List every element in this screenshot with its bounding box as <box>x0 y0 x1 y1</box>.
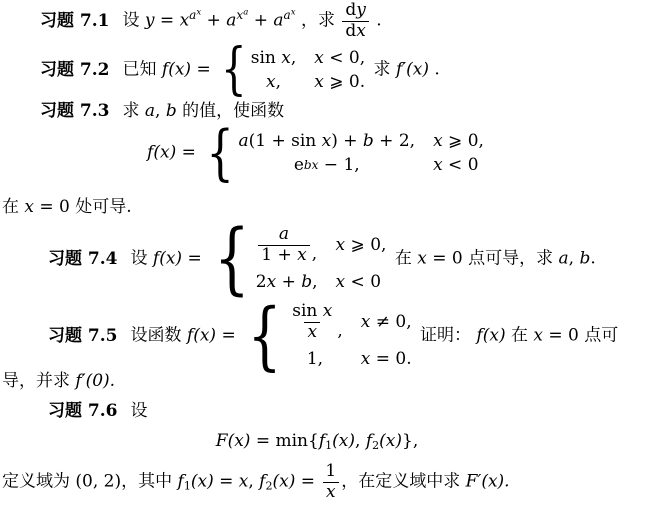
plus-two: + 2, <box>374 130 415 152</box>
minus-one: − 1, <box>318 154 359 176</box>
var-x: x <box>326 482 336 502</box>
var-a: a <box>273 11 283 31</box>
exercise-7-6-tail: 定义域为 (0, 2)，其中 f1(x) = x, f2(x) = 1x，在定义… <box>2 462 510 502</box>
arg-x: (x) <box>168 60 191 80</box>
exercise-7-6: 习题 7.6设 <box>48 400 148 422</box>
var-x: x <box>433 131 443 151</box>
cjk-text: 导，并求 <box>2 371 75 391</box>
sinx-over-x-fraction: sin xx <box>289 302 335 342</box>
equals: = <box>182 249 207 269</box>
sin: sin <box>251 47 282 69</box>
var-x: x <box>266 71 276 93</box>
cjk-text: 设 <box>131 401 148 421</box>
case-rows: sin xx,x ≠ 0,1,x = 0. <box>287 302 411 370</box>
case-condition: x = 0. <box>361 348 412 370</box>
cjk-text: 点可导，求 <box>468 249 558 269</box>
F-prime-arg: ′(x). <box>477 472 509 492</box>
case-expression: 1, <box>307 348 323 370</box>
var-x: x <box>267 271 277 293</box>
period: . <box>371 11 382 31</box>
condition-text: ⩾ 0, <box>443 131 484 151</box>
comma: , <box>312 243 317 265</box>
arg-x: (x) <box>228 431 251 451</box>
exercise-7-5: 习题 7.5设函数 f(x) = {sin xx,x ≠ 0,1,x = 0. … <box>48 299 618 373</box>
condition-text: < 0, <box>324 48 365 68</box>
case-expression: x, <box>266 71 281 93</box>
comma: , <box>276 71 281 93</box>
exercise-7-6-label: 习题 7.6 <box>48 401 131 421</box>
equals-zero: = 0 <box>34 197 75 217</box>
cjk-text: 处可导. <box>75 197 131 217</box>
exercise-7-5-tail: 导，并求 f′(0). <box>2 370 115 392</box>
var-x: x <box>533 326 543 346</box>
f-prime-arg: ′(x) <box>402 60 429 80</box>
denominator: x <box>323 482 339 503</box>
var-x: x <box>24 197 34 217</box>
var-x: x <box>361 312 371 332</box>
comma: , <box>155 101 166 121</box>
numerator: sin x <box>289 302 335 322</box>
arg-x: (x) <box>159 249 182 269</box>
subscript-1: 1 <box>184 479 191 492</box>
exponent: xa <box>236 8 248 22</box>
arg-x: (x) <box>332 431 355 451</box>
subscript-2: 2 <box>265 479 272 492</box>
equals: = <box>155 11 180 31</box>
case-condition: x < 0, <box>314 47 365 69</box>
equals: = <box>214 472 239 492</box>
cjk-text: 求 <box>123 101 145 121</box>
exponent-bx: bx <box>304 154 319 176</box>
var-x: x <box>239 472 249 492</box>
var-y: y <box>356 0 366 20</box>
var-F: F <box>216 431 228 451</box>
arg-x: (x) <box>153 143 176 163</box>
exponent: ax <box>284 8 296 22</box>
exercise-7-4-label: 习题 7.4 <box>48 249 131 269</box>
min-open-brace: min{ <box>275 431 318 451</box>
numerator: a <box>276 225 292 245</box>
arg-x: (x) <box>483 326 506 346</box>
cjk-text: ，求 <box>296 11 341 31</box>
e-roman: e <box>294 154 304 176</box>
coef-two: 2 <box>256 271 267 293</box>
dy-dx-fraction: dydx <box>342 1 369 41</box>
cjk-text: 求 <box>368 60 396 80</box>
case-rows: a1 + x,x ⩾ 0,2x + b,x < 0 <box>256 225 387 293</box>
case-condition: x ⩾ 0. <box>314 71 365 93</box>
var-x: x <box>361 349 371 369</box>
period: . <box>429 60 440 80</box>
equals: = <box>176 143 201 163</box>
piecewise-cases: {a(1 + sin x) + b + 2,x ⩾ 0,ebx − 1,x < … <box>204 123 484 183</box>
var-b: b <box>166 101 177 121</box>
cjk-text: 在 <box>389 249 417 269</box>
left-brace: { <box>221 42 247 98</box>
arg-x: (x) <box>193 326 216 346</box>
cjk-text: 设 <box>131 249 153 269</box>
cjk-text: 设函数 <box>131 326 187 346</box>
exercise-7-3-label: 习题 7.3 <box>40 101 123 121</box>
case-condition: x < 0 <box>336 271 381 293</box>
left-brace: { <box>214 220 250 298</box>
exercise-7-2: 习题 7.2已知 f(x) = {sin x,x < 0,x,x ⩾ 0. 求 … <box>40 42 440 98</box>
piecewise-cases: {a1 + x,x ⩾ 0,2x + b,x < 0 <box>210 220 386 298</box>
case-condition: x ⩾ 0, <box>433 130 484 152</box>
cjk-text: 在 <box>2 197 24 217</box>
case-condition: x < 0 <box>433 154 478 176</box>
var-b: b <box>301 271 312 293</box>
d-roman: d <box>345 0 356 20</box>
var-x: x <box>314 48 324 68</box>
equals-zero: = 0 <box>543 326 584 346</box>
one-plus: 1 + <box>261 245 297 265</box>
var-a: a <box>279 224 289 244</box>
piecewise-cases: {sin xx,x ≠ 0,1,x = 0. <box>244 299 411 373</box>
condition-text: < 0 <box>443 155 479 175</box>
d-roman: d <box>345 21 356 41</box>
exercise-7-3: 习题 7.3求 a, b 的值，使函数 <box>40 100 284 122</box>
var-y: y <box>145 11 155 31</box>
textbook-page: 习题 7.1设 y = xax + axa + aax ，求 dydx . 习题… <box>0 0 647 519</box>
numerator: 1 <box>322 462 339 482</box>
denominator: dx <box>342 21 368 42</box>
exercise-7-1-label: 习题 7.1 <box>40 11 123 31</box>
denominator: 1 + x <box>258 245 309 266</box>
exercise-7-3-tail: 在 x = 0 处可导. <box>2 196 132 218</box>
cjk-text: 已知 <box>123 60 162 80</box>
comma: , <box>248 472 259 492</box>
numerator: dy <box>342 1 369 21</box>
piecewise-cases: {sin x,x < 0,x,x ⩾ 0. <box>219 42 365 98</box>
comma: , <box>355 431 366 451</box>
a-over-1-plus-x-fraction: a1 + x <box>258 225 309 265</box>
var-x: x <box>322 130 332 152</box>
condition-text: ⩾ 0, <box>345 235 386 255</box>
var-a: a <box>226 11 236 31</box>
one-over-x-fraction: 1x <box>322 462 339 502</box>
var-x: x <box>336 235 346 255</box>
one-comma: 1, <box>307 348 323 370</box>
comma: , <box>312 271 317 293</box>
var-x: x <box>323 301 333 321</box>
condition-text: = 0. <box>370 349 411 369</box>
exercise-7-3-display: f(x) = {a(1 + sin x) + b + 2,x ⩾ 0,ebx −… <box>0 123 634 183</box>
var-F: F <box>466 472 478 492</box>
exercise-7-5-label: 习题 7.5 <box>48 326 131 346</box>
case-expression: ebx − 1, <box>294 154 360 176</box>
var-a: a <box>559 249 569 269</box>
cjk-text: 证明： <box>415 326 477 346</box>
case-expression: sin x, <box>251 47 297 69</box>
var-x: x <box>281 47 291 69</box>
sin: sin <box>292 301 323 321</box>
condition-text: < 0 <box>345 272 381 292</box>
var-x: x <box>314 72 324 92</box>
var-x: x <box>433 155 443 175</box>
plus: + <box>201 11 226 31</box>
plus: + <box>248 11 273 31</box>
cjk-text: 设 <box>123 11 145 31</box>
comma: , <box>291 47 296 69</box>
f-prime-zero: ′(0). <box>82 371 115 391</box>
case-expression: a1 + x, <box>256 225 317 265</box>
case-expression: a(1 + sin x) + b + 2, <box>238 130 415 152</box>
left-brace: { <box>207 123 234 183</box>
case-expression: 2x + b, <box>256 271 318 293</box>
case-rows: sin x,x < 0,x,x ⩾ 0. <box>251 47 365 93</box>
arg-x: (x) <box>379 431 402 451</box>
case-expression: sin xx, <box>287 302 343 342</box>
var-x: x <box>336 272 346 292</box>
var-b: b <box>363 130 374 152</box>
plus: + <box>276 271 301 293</box>
var-a: a <box>284 8 291 22</box>
arg-x: (x) <box>191 472 214 492</box>
exercise-7-1: 习题 7.1设 y = xax + axa + aax ，求 dydx . <box>40 1 382 41</box>
equals: = <box>191 60 216 80</box>
var-x: x <box>180 11 190 31</box>
denominator: x <box>304 322 320 343</box>
var-a: a <box>238 130 248 152</box>
close-brace-comma: }, <box>402 431 418 451</box>
case-rows: a(1 + sin x) + b + 2,x ⩾ 0,ebx − 1,x < 0 <box>238 130 483 176</box>
period: . <box>590 249 595 269</box>
comma: , <box>569 249 580 269</box>
var-b: b <box>579 249 590 269</box>
var-x: x <box>297 245 307 265</box>
open-paren-sum: (1 + sin <box>249 130 322 152</box>
var-x: x <box>356 21 366 41</box>
condition-text: ≠ 0, <box>370 312 411 332</box>
equals: = <box>216 326 241 346</box>
var-a: a <box>145 101 155 121</box>
left-brace: { <box>248 299 282 373</box>
case-condition: x ≠ 0, <box>361 311 412 333</box>
exercise-7-6-display: F(x) = min{f1(x), f2(x)}, <box>0 430 634 457</box>
exercise-7-2-label: 习题 7.2 <box>40 60 123 80</box>
equals: = <box>250 431 275 451</box>
close-paren-plus: ) + <box>331 130 363 152</box>
cjk-text: 点可 <box>584 326 618 346</box>
case-condition: x ⩾ 0, <box>336 234 387 256</box>
comma: , <box>337 320 342 342</box>
exponent: ax <box>189 8 201 22</box>
var-x: x <box>417 249 427 269</box>
cjk-text: 定义域为 (0, 2)，其中 <box>2 472 178 492</box>
equals-zero: = 0 <box>427 249 468 269</box>
cjk-text: 在 <box>506 326 534 346</box>
exercise-7-4: 习题 7.4设 f(x) = {a1 + x,x ⩾ 0,2x + b,x < … <box>48 220 596 298</box>
equals: = <box>295 472 320 492</box>
arg-x: (x) <box>273 472 296 492</box>
var-x: x <box>307 322 317 342</box>
condition-text: ⩾ 0. <box>324 72 365 92</box>
cjk-text: ，在定义域中求 <box>341 472 465 492</box>
